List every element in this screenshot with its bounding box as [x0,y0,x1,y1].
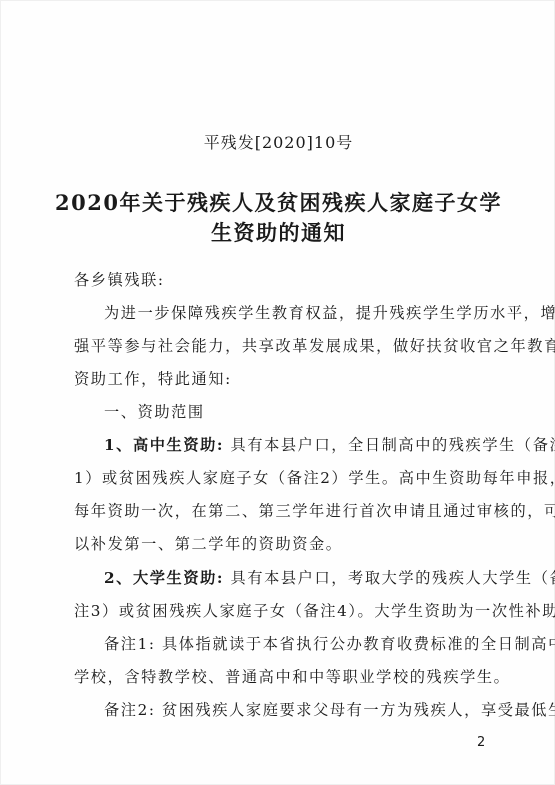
item1-line-1: 1、高中生资助: 具有本县户口，全日制高中的残疾学生（备注 [104,434,489,455]
intro-line-1: 为进一步保障残疾学生教育权益，提升残疾学生学历水平，增 [104,302,489,323]
document-page: 平残发[2020]10号 2020年关于残疾人及贫困残疾人家庭子女学 生资助的通… [0,0,555,785]
note1-line-1: 备注1: 具体指就读于本省执行公办教育收费标准的全日制高中 [104,633,489,654]
intro-line-2: 强平等参与社会能力，共享改革发展成果，做好扶贫收官之年教育 [74,335,489,356]
section-heading: 一、资助范围 [104,401,489,422]
item1-line-4: 以补发第一、第二学年的资助资金。 [74,533,489,554]
page-number: 2 [477,735,485,750]
intro-line-3: 资助工作，特此通知: [74,368,489,389]
item1-text: 具有本县户口，全日制高中的残疾学生（备注 [224,436,555,454]
note2-line-1: 备注2: 贫困残疾人家庭要求父母有一方为残疾人，享受最低生 [104,699,489,720]
item1-label: 1、高中生资助: [104,436,224,454]
document-title-line-2: 生资助的通知 [1,217,555,247]
item2-text: 具有本县户口，考取大学的残疾人大学生（备 [224,569,555,587]
note1-line-2: 学校，含特教学校、普通高中和中等职业学校的残疾学生。 [74,666,489,687]
item2-label: 2、大学生资助: [104,569,224,587]
item1-line-2: 1）或贫困残疾人家庭子女（备注2）学生。高中生资助每年申报， [74,467,489,488]
document-number: 平残发[2020]10号 [1,130,555,153]
item2-line-1: 2、大学生资助: 具有本县户口，考取大学的残疾人大学生（备 [104,567,489,588]
document-title-line-1: 2020年关于残疾人及贫困残疾人家庭子女学 [1,187,555,217]
salutation: 各乡镇残联: [74,269,489,290]
item2-line-2: 注3）或贫困残疾人家庭子女（备注4）。大学生资助为一次性补助。 [74,600,489,621]
item1-line-3: 每年资助一次，在第二、第三学年进行首次申请且通过审核的，可 [74,500,489,521]
